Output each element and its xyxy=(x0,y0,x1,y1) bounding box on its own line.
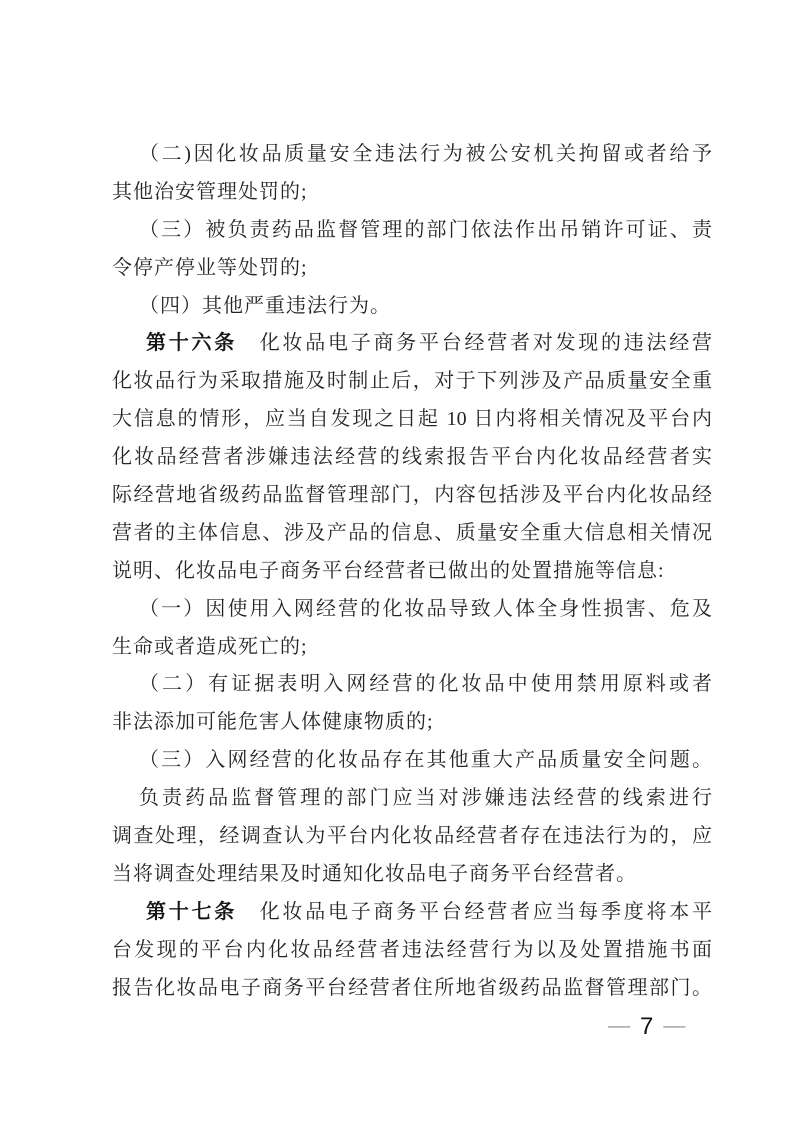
text-line: 令停产停业等处罚的; xyxy=(112,250,712,288)
scanned-document-page: （二)因化妆品质量安全违法行为被公安机关拘留或者给予其他治安管理处罚的;（三）被… xyxy=(0,0,793,1121)
text-line: 调查处理，经调查认为平台内化妆品经营者存在违法行为的，应 xyxy=(112,818,712,856)
article-number: 第十七条 xyxy=(146,901,237,923)
text-line: （二)因化妆品质量安全违法行为被公安机关拘留或者给予 xyxy=(112,136,712,174)
text-line: 营者的主体信息、涉及产品的信息、质量安全重大信息相关情况 xyxy=(112,515,712,553)
text-line: 第十七条 化妆品电子商务平台经营者应当每季度将本平 xyxy=(112,894,712,932)
text-line: （二）有证据表明入网经营的化妆品中使用禁用原料或者 xyxy=(112,666,712,704)
article-number: 第十六条 xyxy=(146,332,237,354)
document-body: （二)因化妆品质量安全违法行为被公安机关拘留或者给予其他治安管理处罚的;（三）被… xyxy=(112,136,712,1007)
text-line: 化妆品行为采取措施及时制止后，对于下列涉及产品质量安全重 xyxy=(112,363,712,401)
text-line: 大信息的情形，应当自发现之日起 10 日内将相关情况及平台内 xyxy=(112,401,712,439)
text-line: 负责药品监督管理的部门应当对涉嫌违法经营的线索进行 xyxy=(112,780,712,818)
text-line: 说明、化妆品电子商务平台经营者已做出的处置措施等信息: xyxy=(112,553,712,591)
text-line: 化妆品经营者涉嫌违法经营的线索报告平台内化妆品经营者实 xyxy=(112,439,712,477)
text-line: （三）入网经营的化妆品存在其他重大产品质量安全问题。 xyxy=(112,742,712,780)
footer-dash-right: — xyxy=(663,1012,685,1037)
text-line: （一）因使用入网经营的化妆品导致人体全身性损害、危及 xyxy=(112,591,712,629)
page-footer: —7— xyxy=(608,1010,685,1042)
text-line: 生命或者造成死亡的; xyxy=(112,629,712,667)
page-number: 7 xyxy=(630,1013,663,1040)
text-line: 其他治安管理处罚的; xyxy=(112,174,712,212)
text-line: 当将调查处理结果及时通知化妆品电子商务平台经营者。 xyxy=(112,856,712,894)
text-line: 报告化妆品电子商务平台经营者住所地省级药品监督管理部门。 xyxy=(112,970,712,1008)
footer-dash-left: — xyxy=(608,1012,630,1037)
text-line: 际经营地省级药品监督管理部门，内容包括涉及平台内化妆品经 xyxy=(112,477,712,515)
text-line: （三）被负责药品监督管理的部门依法作出吊销许可证、责 xyxy=(112,212,712,250)
text-line: （四）其他严重违法行为。 xyxy=(112,288,712,326)
text-line: 台发现的平台内化妆品经营者违法经营行为以及处置措施书面 xyxy=(112,932,712,970)
text-line: 第十六条 化妆品电子商务平台经营者对发现的违法经营 xyxy=(112,325,712,363)
text-line: 非法添加可能危害人体健康物质的; xyxy=(112,704,712,742)
